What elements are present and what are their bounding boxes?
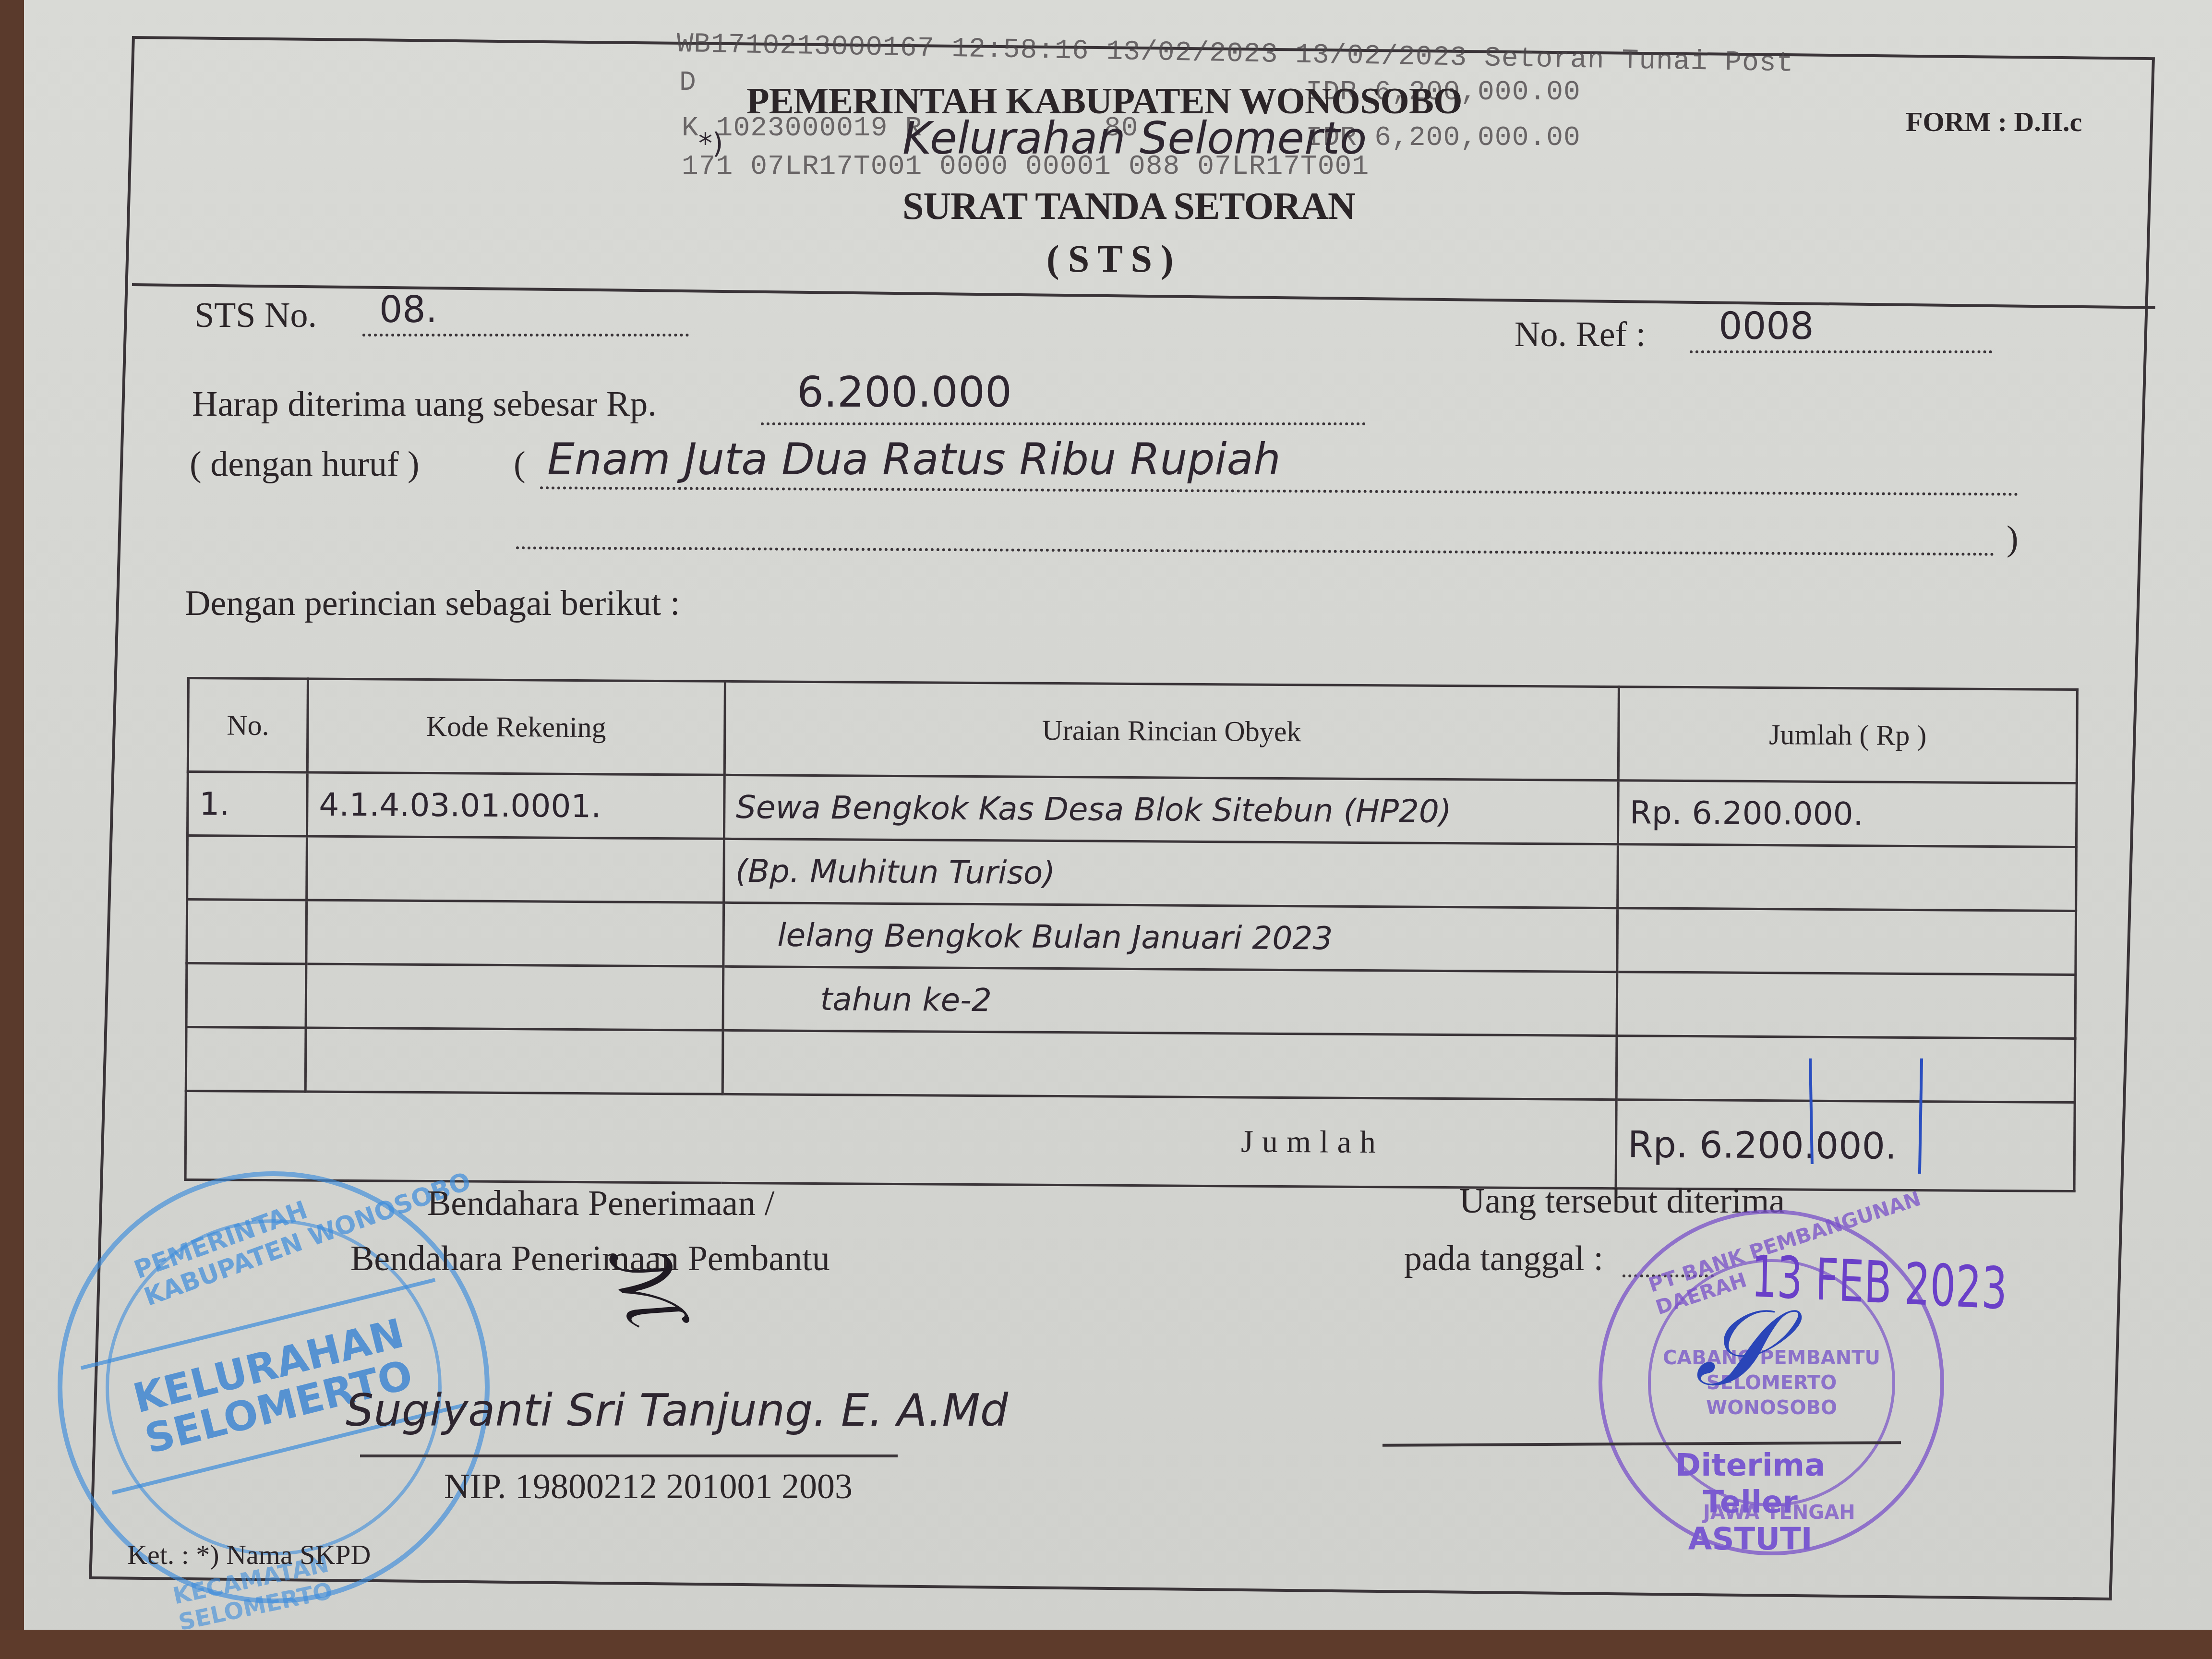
skpd-name-handwritten: Kelurahan Selomerto bbox=[902, 113, 1367, 164]
teller-stamp-line2: Teller bbox=[1675, 1484, 1825, 1521]
header-no: No. bbox=[188, 678, 308, 773]
sts-no-label: STS No. bbox=[194, 295, 317, 336]
cell-kode[interactable] bbox=[306, 900, 723, 966]
total-value[interactable]: Rp. 6.200.000. bbox=[1616, 1100, 2075, 1191]
table-row: (Bp. Muhitun Turiso) bbox=[187, 836, 2077, 911]
amount-label: Harap diterima uang sebesar Rp. bbox=[192, 384, 657, 425]
left-signer-title-2: Bendahara Penerimaan Pembantu bbox=[350, 1238, 830, 1279]
cell-kode[interactable]: 4.1.4.03.01.0001. bbox=[307, 772, 724, 839]
header-uraian: Uraian Rincian Obyek bbox=[724, 681, 1619, 780]
left-signer-title-1: Bendahara Penerimaan / bbox=[427, 1183, 774, 1224]
ref-label: No. Ref : bbox=[1515, 314, 1646, 355]
teller-stamp-line3: ASTUTI bbox=[1675, 1521, 1825, 1558]
cell-kode[interactable] bbox=[305, 1028, 722, 1094]
table-row: 1. 4.1.4.03.01.0001. Sewa Bengkok Kas De… bbox=[187, 772, 2077, 847]
cell-jumlah[interactable] bbox=[1617, 844, 2076, 911]
teller-stamp: Diterima Teller ASTUTI bbox=[1675, 1447, 1825, 1558]
amount-value[interactable]: 6.200.000 bbox=[797, 367, 1012, 417]
teller-stamp-line1: Diterima bbox=[1675, 1447, 1825, 1484]
cell-no[interactable] bbox=[186, 963, 306, 1028]
table-header-row: No. Kode Rekening Uraian Rincian Obyek J… bbox=[188, 678, 2077, 783]
footnote: Ket. : *) Nama SKPD bbox=[127, 1539, 371, 1571]
teller-signature: 𝒮 bbox=[1695, 1286, 1776, 1411]
left-signer-nip[interactable]: NIP. 19800212 201001 2003 bbox=[444, 1467, 853, 1507]
words-close-paren: ) bbox=[2007, 518, 2019, 559]
skpd-marker: *) bbox=[698, 127, 723, 160]
ref-value[interactable]: 0008 bbox=[1719, 305, 1814, 348]
document-abbreviation: ( S T S ) bbox=[1046, 238, 1173, 281]
cell-jumlah[interactable] bbox=[1616, 1036, 2075, 1103]
detail-table: No. Kode Rekening Uraian Rincian Obyek J… bbox=[184, 677, 2079, 1192]
header-jumlah: Jumlah ( Rp ) bbox=[1618, 687, 2077, 783]
cell-jumlah[interactable]: Rp. 6.200.000. bbox=[1618, 781, 2077, 847]
table-row bbox=[186, 1027, 2075, 1103]
cell-no[interactable] bbox=[186, 1027, 306, 1092]
cell-no[interactable]: 1. bbox=[187, 772, 307, 837]
cell-kode[interactable] bbox=[307, 836, 724, 902]
cell-uraian[interactable]: (Bp. Muhitun Turiso) bbox=[723, 839, 1618, 908]
right-signer-title-2: pada tanggal : bbox=[1404, 1238, 1603, 1279]
amount-dotted-line bbox=[761, 422, 1366, 425]
received-date-stamp: 13 FEB 2023 bbox=[1751, 1243, 2008, 1322]
words-label: ( dengan huruf ) bbox=[190, 444, 420, 485]
detail-intro: Dengan perincian sebagai berikut : bbox=[185, 583, 680, 624]
cell-jumlah[interactable] bbox=[1617, 972, 2076, 1039]
cell-uraian[interactable]: lelang Bengkok Bulan Januari 2023 bbox=[723, 902, 1617, 972]
cell-uraian[interactable] bbox=[722, 1030, 1617, 1099]
cell-uraian[interactable]: Sewa Bengkok Kas Desa Blok Sitebun (HP20… bbox=[724, 775, 1618, 844]
ref-dotted-line bbox=[1690, 350, 1992, 353]
document-title: SURAT TANDA SETORAN bbox=[902, 185, 1355, 228]
table-row: tahun ke-2 bbox=[186, 963, 2076, 1039]
form-code: FORM : D.II.c bbox=[1906, 106, 2082, 138]
cell-no[interactable] bbox=[187, 836, 307, 901]
bank-print-line2-prefix: D bbox=[679, 67, 697, 98]
table-row: lelang Bengkok Bulan Januari 2023 bbox=[187, 900, 2076, 975]
cell-uraian[interactable]: tahun ke-2 bbox=[723, 966, 1617, 1035]
desk-edge-left bbox=[0, 0, 26, 1659]
left-signer-name[interactable]: Sugiyanti Sri Tanjung. E. A.Md bbox=[346, 1385, 1008, 1436]
desk-edge-bottom bbox=[0, 1630, 2212, 1659]
words-value[interactable]: Enam Juta Dua Ratus Ribu Rupiah bbox=[547, 434, 1281, 485]
cell-jumlah[interactable] bbox=[1617, 908, 2076, 975]
cell-kode[interactable] bbox=[306, 964, 723, 1030]
words-open-paren: ( bbox=[514, 444, 526, 485]
cell-no[interactable] bbox=[187, 900, 307, 964]
sts-no-dotted-line bbox=[362, 334, 689, 337]
left-signature-line bbox=[360, 1455, 898, 1457]
header-kode-rekening: Kode Rekening bbox=[307, 679, 725, 775]
sts-no-value[interactable]: 08. bbox=[379, 288, 437, 331]
